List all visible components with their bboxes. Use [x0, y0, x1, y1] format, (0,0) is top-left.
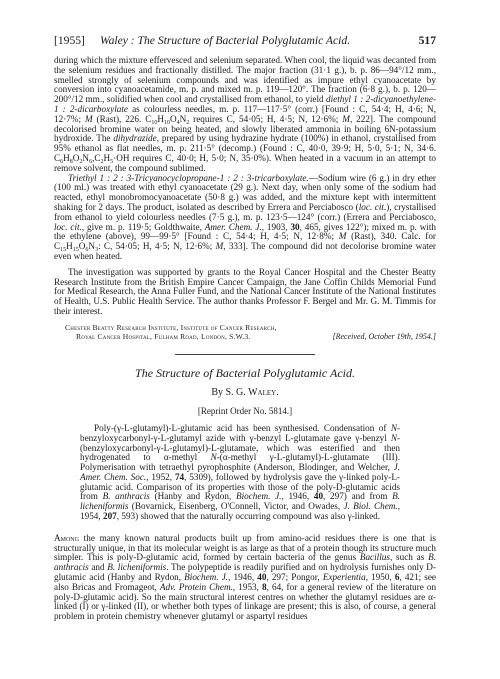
abstract: Poly-(γ-L-glutamyl)-L-glutamic acid has …: [80, 424, 400, 522]
body-paragraph-1: Among the many known natural products bu…: [54, 534, 436, 622]
reprint-order: [Reprint Order No. 5814.]: [54, 405, 436, 417]
article-body: Among the many known natural products bu…: [54, 534, 436, 622]
address-line-1: Chester Beatty Research Institute, Insti…: [65, 323, 436, 333]
author-byline: By S. G. Waley.: [54, 386, 436, 400]
acknowledgement: The investigation was supported by grant…: [54, 268, 436, 317]
address-line-2: Royal Cancer Hospital, Fulham Road, Lond…: [76, 332, 250, 341]
affiliation-address: Chester Beatty Research Institute, Insti…: [54, 323, 436, 342]
section-divider: [175, 354, 315, 355]
header-running-title: Waley : The Structure of Bacterial Polyg…: [100, 34, 350, 47]
experimental-paragraph-2: Triethyl 1 : 2 : 3-Tricyanocyclopropane-…: [54, 174, 436, 262]
experimental-paragraph-1: during which the mixture effervesced and…: [54, 56, 436, 174]
address-line-2-container: Royal Cancer Hospital, Fulham Road, Lond…: [65, 332, 436, 342]
header-year: [1955]: [54, 34, 85, 47]
running-header: [1955] Waley : The Structure of Bacteria…: [54, 34, 436, 48]
author-name: S. G. Waley.: [225, 387, 278, 398]
received-date: [Received, October 19th, 1954.]: [332, 332, 436, 342]
article-title: The Structure of Bacterial Polyglutamic …: [54, 365, 436, 381]
page-body: during which the mixture effervesced and…: [54, 56, 436, 622]
page-number: 517: [419, 34, 436, 47]
